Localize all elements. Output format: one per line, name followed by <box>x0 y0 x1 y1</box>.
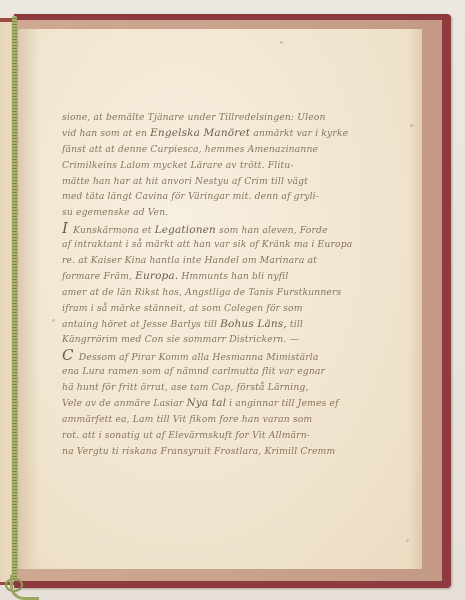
line-text: vid han som at en <box>62 128 150 139</box>
emphasized-word: Nya tal <box>186 397 226 409</box>
paper-spot <box>406 539 409 542</box>
manuscript-line: I Kunskärmona et Legationen som han alev… <box>62 221 374 237</box>
line-text: till <box>287 319 303 330</box>
line-text: ifram i så märke stänneit, at som Colege… <box>62 303 303 314</box>
manuscript-line: ammärfett ea, Lam till Vit fikom fore ha… <box>62 412 374 428</box>
line-text: Crimilkeins Lalom mycket Lärare av trött… <box>62 160 294 171</box>
manuscript-line: Kängrrörim med Con sie sommarr Districke… <box>62 332 374 348</box>
manuscript-line: ifram i så märke stänneit, at som Colege… <box>62 301 374 317</box>
line-text: rot. att i sonatig ut af Elevärmskuft fo… <box>62 430 310 441</box>
line-text: mätte han har at hit anvori Nestyu af Cr… <box>62 176 308 187</box>
paper-spot <box>280 41 283 44</box>
line-text: som han aleven, Forde <box>216 225 328 236</box>
line-text: Hmmunts han bli nyfil <box>178 271 288 282</box>
manuscript-line: Crimilkeins Lalom mycket Lärare av trött… <box>62 158 374 174</box>
line-text: med täta längt Cavina för Väringar mit. … <box>62 191 319 202</box>
manuscript-line: vid han som at en Engelska Manöret anmär… <box>62 126 374 142</box>
line-text: Vele av de anmäre Lasiar <box>62 398 186 409</box>
decorated-initial: I <box>62 221 68 237</box>
line-text: ammärfett ea, Lam till Vit fikom fore ha… <box>62 414 312 425</box>
manuscript-line: fänst att at denne Curpiesca, hemmes Ame… <box>62 142 374 158</box>
line-text: amer at de län Rikst hos, Angstliga de T… <box>62 287 341 298</box>
line-text: anmärkt var i kyrke <box>250 128 348 139</box>
bookmark-ribbon-tail <box>10 575 39 600</box>
manuscript-line: med täta längt Cavina för Väringar mit. … <box>62 189 374 205</box>
line-text: hä hunt för fritt örrat, ase tam Cap, fö… <box>62 382 309 393</box>
page-edge-shadow <box>408 29 422 569</box>
manuscript-line: formare Främ, Europa. Hmmunts han bli ny… <box>62 269 374 285</box>
emphasized-word: Bohus Läns, <box>220 318 287 330</box>
manuscript-line: hä hunt för fritt örrat, ase tam Cap, fö… <box>62 380 374 396</box>
manuscript-line: C Dessom af Pirar Komm alla Hesmanna Mim… <box>62 348 374 364</box>
line-text: ena Lura ramen som af nämnd carlmutta fl… <box>62 366 325 377</box>
decorated-initial: C <box>62 348 74 364</box>
manuscript-line: Vele av de anmäre Lasiar Nya tal i angin… <box>62 396 374 412</box>
manuscript-line: su egemenske ad Ven. <box>62 205 374 221</box>
line-text: af intraktant i så märkt att han var sik… <box>62 239 352 250</box>
manuscript-line: na Vergtu ti riskana Fransyruit Frostlar… <box>62 444 374 460</box>
line-text: re. at Kaiser Kina hantla inte Handel om… <box>62 255 317 266</box>
line-text: Kunskärmona et <box>70 225 155 236</box>
page-gutter <box>18 29 40 569</box>
line-text: Kängrrörim med Con sie sommarr Districke… <box>62 334 299 345</box>
line-text: na Vergtu ti riskana Fransyruit Frostlar… <box>62 446 335 457</box>
manuscript-line: sione, at bemälte Tjänare under Tillrede… <box>62 110 374 126</box>
manuscript-line: re. at Kaiser Kina hantla inte Handel om… <box>62 253 374 269</box>
line-text: fänst att at denne Curpiesca, hemmes Ame… <box>62 144 318 155</box>
paper-spot <box>52 319 55 322</box>
manuscript-line: af intraktant i så märkt att han var sik… <box>62 237 374 253</box>
line-text: formare Främ, <box>62 271 135 282</box>
emphasized-word: Engelska Manöret <box>150 127 250 139</box>
emphasized-word: Europa. <box>135 270 178 282</box>
manuscript-line: amer at de län Rikst hos, Angstliga de T… <box>62 285 374 301</box>
line-text: antaing höret at Jesse Barlys till <box>62 319 220 330</box>
manuscript-line: rot. att i sonatig ut af Elevärmskuft fo… <box>62 428 374 444</box>
bookmark-ribbon <box>12 16 17 581</box>
line-text: sione, at bemälte Tjänare under Tillrede… <box>62 112 326 123</box>
manuscript-line: ena Lura ramen som af nämnd carlmutta fl… <box>62 364 374 380</box>
line-text: su egemenske ad Ven. <box>62 207 168 218</box>
paper-spot <box>410 124 413 127</box>
line-text: Dessom af Pirar Komm alla Hesmanna Mimis… <box>76 352 319 363</box>
handwritten-text: sione, at bemälte Tjänare under Tillrede… <box>62 110 374 460</box>
emphasized-word: Legationen <box>155 224 216 236</box>
manuscript-line: antaing höret at Jesse Barlys till Bohus… <box>62 317 374 333</box>
manuscript-line: mätte han har at hit anvori Nestyu af Cr… <box>62 174 374 190</box>
line-text: i anginnar till Jemes ef <box>226 398 339 409</box>
